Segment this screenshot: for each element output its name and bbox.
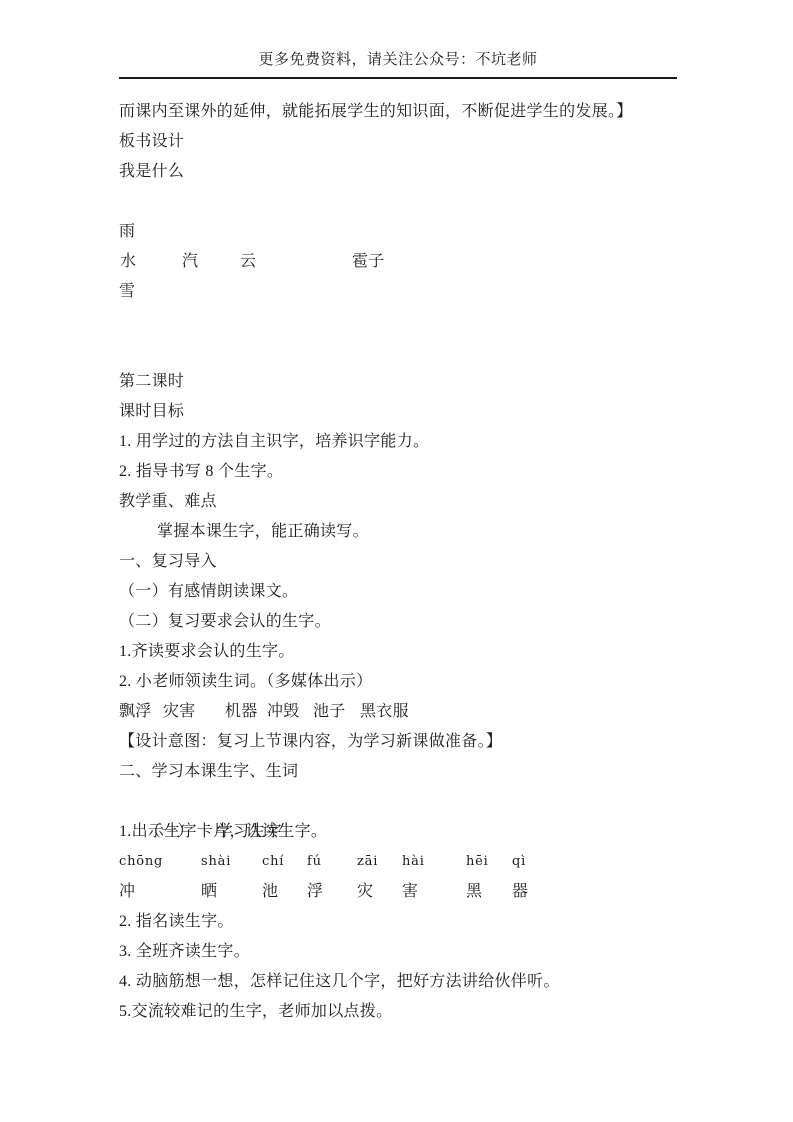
paragraph-extension-note: 而课内至课外的延伸，就能拓展学生的知识面，不断促进学生的发展。】 xyxy=(119,97,684,127)
review-word: 冲毁 xyxy=(267,697,300,727)
section1-design-note: 【设计意图：复习上节课内容，为学习新课做准备。】 xyxy=(119,727,684,757)
board-design-topic: 我是什么 xyxy=(119,157,684,187)
review-word: 机器 xyxy=(225,697,258,727)
lesson2-goals-heading: 课时目标 xyxy=(119,397,684,427)
review-words-row: 飘浮 灾害 机器 冲毁 池子 黑衣服 xyxy=(119,697,684,727)
section2-heading: 二、学习本课生字、生词 xyxy=(119,757,684,787)
new-character: 晒 xyxy=(201,877,217,907)
lesson2-goal-2: 2. 指导书写 8 个生字。 xyxy=(119,457,684,487)
lesson2-heading: 第二课时 xyxy=(119,367,684,397)
new-character: 浮 xyxy=(307,877,323,907)
lesson2-goal-1: 1. 用学过的方法自主识字，培养识字能力。 xyxy=(119,427,684,457)
review-word: 飘浮 xyxy=(119,697,152,727)
section2-step-1: 1.出示生字卡片，认读生字。 xyxy=(119,817,684,847)
blank-line xyxy=(119,307,684,337)
new-character: 冲 xyxy=(119,877,135,907)
pinyin-item: chí xyxy=(262,847,284,877)
new-character: 害 xyxy=(402,877,418,907)
document-page: 更多免费资料，请关注公众号：不坑老师 而课内至课外的延伸，就能拓展学生的知识面，… xyxy=(0,0,793,1122)
section2-sub-heading: （一）学习生字 xyxy=(119,787,684,817)
blank-line xyxy=(119,187,684,217)
board-item-cloud: 云 xyxy=(240,247,256,277)
section1-item-1: （一）有感情朗读课文。 xyxy=(119,577,684,607)
pinyin-item: fú xyxy=(307,847,322,877)
section2-step-2: 2. 指名读生字。 xyxy=(119,907,684,937)
section2-step-4: 4. 动脑筋想一想，怎样记住这几个字，把好方法讲给伙伴听。 xyxy=(119,967,684,997)
section2-step-5: 5.交流较难记的生字，老师加以点拨。 xyxy=(119,997,684,1027)
review-word: 黑衣服 xyxy=(360,697,409,727)
review-word: 池子 xyxy=(313,697,346,727)
pinyin-item: chōng xyxy=(119,847,163,877)
pinyin-item: hēi xyxy=(466,847,489,877)
lesson2-focus-text: 掌握本课生字，能正确读写。 xyxy=(119,517,684,547)
section2-step-3: 3. 全班齐读生字。 xyxy=(119,937,684,967)
review-word: 灾害 xyxy=(163,697,196,727)
pinyin-item: shài xyxy=(201,847,231,877)
board-items-row: 水 汽 云 雹子 xyxy=(119,247,684,277)
board-item-snow: 雪 xyxy=(119,277,684,307)
board-item-hail: 雹子 xyxy=(352,247,385,277)
pinyin-item: zāi xyxy=(357,847,378,877)
board-design-heading: 板书设计 xyxy=(119,127,684,157)
section1-heading: 一、复习导入 xyxy=(119,547,684,577)
characters-row: 冲 晒 池 浮 灾 害 黑 器 xyxy=(119,877,684,907)
new-character: 灾 xyxy=(357,877,373,907)
document-body: 而课内至课外的延伸，就能拓展学生的知识面，不断促进学生的发展。】 板书设计 我是… xyxy=(119,97,684,1027)
header-promo-text: 更多免费资料，请关注公众号：不坑老师 xyxy=(258,52,537,68)
blank-line xyxy=(119,337,684,367)
pinyin-item: qì xyxy=(512,847,526,877)
board-item-vapor: 汽 xyxy=(182,247,198,277)
pinyin-row: chōng shài chí fú zāi hài hēi qì xyxy=(119,847,684,877)
new-character: 器 xyxy=(512,877,528,907)
new-character: 池 xyxy=(262,877,278,907)
lesson2-focus-heading: 教学重、难点 xyxy=(119,487,684,517)
board-item-water: 水 xyxy=(120,247,136,277)
page-header: 更多免费资料，请关注公众号：不坑老师 xyxy=(119,50,677,79)
section1-step-1: 1.齐读要求会认的生字。 xyxy=(119,637,684,667)
board-item-rain: 雨 xyxy=(119,217,684,247)
section1-item-2: （二）复习要求会认的生字。 xyxy=(119,607,684,637)
pinyin-item: hài xyxy=(402,847,425,877)
section1-step-2: 2. 小老师领读生词。（多媒体出示） xyxy=(119,667,684,697)
new-character: 黑 xyxy=(466,877,482,907)
